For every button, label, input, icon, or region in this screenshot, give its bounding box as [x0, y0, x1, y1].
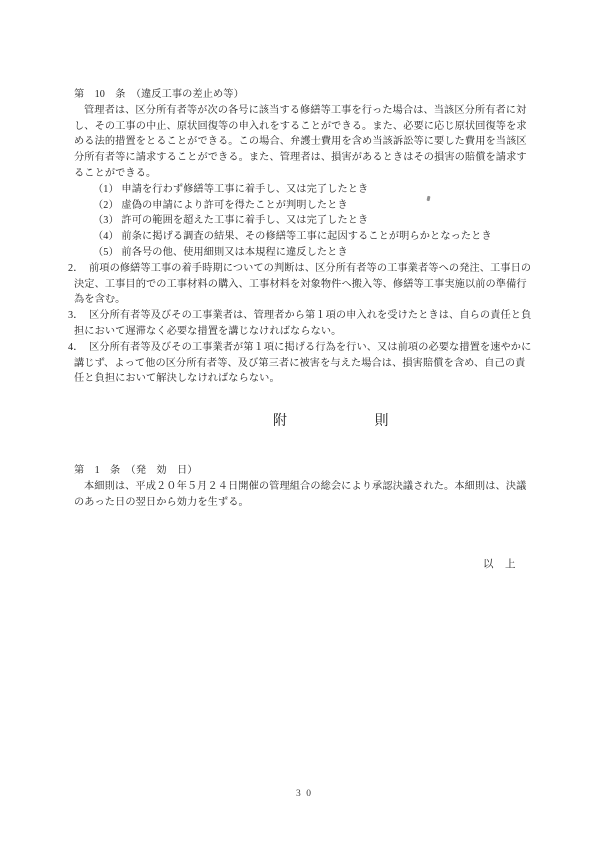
- article-10-heading: 第 10 条 （違反工事の差止め等）: [74, 87, 546, 103]
- clause-number: 3．: [68, 308, 83, 324]
- list-item: （3） 許可の範囲を超えた工事に着手し、又は完了したとき: [93, 213, 546, 229]
- list-item: （4） 前条に掲げる調査の結果、その修繕等工事に起因することが明らかとなったとき: [93, 229, 546, 245]
- list-item: （1） 申請を行わず修繕等工事に着手し、又は完了したとき: [93, 182, 546, 198]
- list-item: （5） 前各号の他、使用細則又は本規程に違反したとき: [93, 245, 546, 261]
- supplement-article-1-heading: 第 1 条 （発 効 日）: [74, 463, 546, 479]
- document-page: 第 10 条 （違反工事の差止め等） 管理者は、区分所有者等が次の各号に該当する…: [0, 0, 595, 842]
- supplement-article-1-body: 本細則は、平成２０年５月２４日開催の管理組合の総会により承認決議された。本細則は…: [74, 479, 546, 511]
- article-10-clause-2: 2． 前項の修繕等工事の着手時期についての判断は、区分所有者等の工事業者等への発…: [74, 261, 546, 308]
- article-10-clause-3: 3． 区分所有者等及びその工事業者は、管理者から第１項の申入れを受けたときは、自…: [74, 308, 546, 340]
- article-10-paragraph-1: 管理者は、区分所有者等が次の各号に該当する修繕等工事を行った場合は、当該区分所有…: [74, 103, 546, 182]
- supplement-article-1: 第 1 条 （発 効 日） 本細則は、平成２０年５月２４日開催の管理組合の総会に…: [74, 463, 546, 510]
- clause-number: 4．: [68, 340, 83, 356]
- article-10-section: 第 10 条 （違反工事の差止め等） 管理者は、区分所有者等が次の各号に該当する…: [74, 87, 546, 387]
- clause-number: 2．: [68, 261, 83, 277]
- page-number: 30: [296, 789, 317, 799]
- clause-text: 区分所有者等及びその工事業者は、管理者から第１項の申入れを受けたときは、自らの責…: [74, 308, 546, 340]
- supplement-heading: 附 則: [273, 410, 389, 430]
- list-item: （2） 虚偽の申請により許可を得たことが判明したとき: [93, 198, 546, 214]
- article-10-clause-4: 4． 区分所有者等及びその工事業者が第１項に掲げる行為を行い、又は前項の必要な措…: [74, 340, 546, 387]
- article-10-item-list: （1） 申請を行わず修繕等工事に着手し、又は完了したとき （2） 虚偽の申請によ…: [93, 182, 546, 261]
- closing-mark: 以 上: [483, 556, 516, 571]
- clause-text: 前項の修繕等工事の着手時期についての判断は、区分所有者等の工事業者等への発注、工…: [74, 261, 546, 308]
- clause-text: 区分所有者等及びその工事業者が第１項に掲げる行為を行い、又は前項の必要な措置を速…: [74, 340, 546, 387]
